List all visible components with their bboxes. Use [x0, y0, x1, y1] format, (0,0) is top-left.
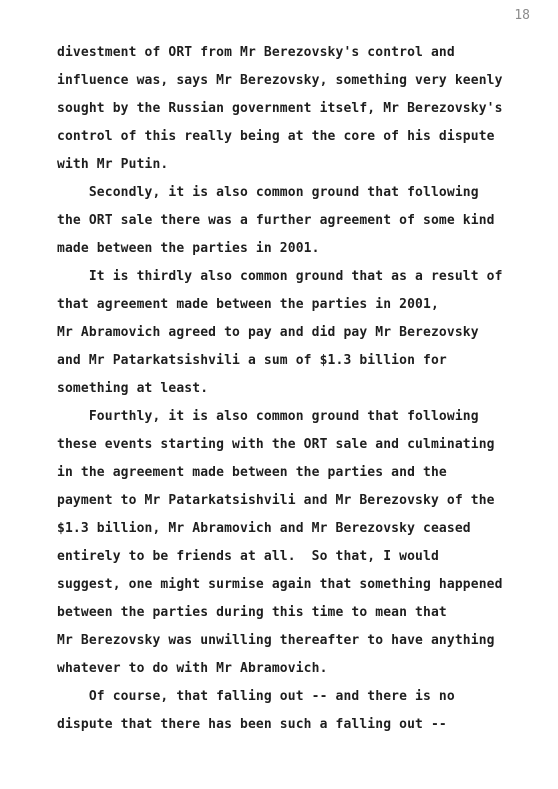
text-line: Mr Berezovsky was unwilling thereafter t… — [57, 627, 527, 655]
transcript-text: divestment of ORT from Mr Berezovsky's c… — [57, 39, 527, 739]
text-line: with Mr Putin. — [57, 151, 527, 179]
text-line: Mr Abramovich agreed to pay and did pay … — [57, 319, 527, 347]
text-line: Secondly, it is also common ground that … — [57, 179, 527, 207]
transcript-page: 18 divestment of ORT from Mr Berezovsky'… — [0, 0, 558, 789]
text-line: suggest, one might surmise again that so… — [57, 571, 527, 599]
text-line: something at least. — [57, 375, 527, 403]
text-line: and Mr Patarkatsishvili a sum of $1.3 bi… — [57, 347, 527, 375]
text-line: It is thirdly also common ground that as… — [57, 263, 527, 291]
text-line: between the parties during this time to … — [57, 599, 527, 627]
text-line: sought by the Russian government itself,… — [57, 95, 527, 123]
text-line: payment to Mr Patarkatsishvili and Mr Be… — [57, 487, 527, 515]
text-line: divestment of ORT from Mr Berezovsky's c… — [57, 39, 527, 67]
text-line: whatever to do with Mr Abramovich. — [57, 655, 527, 683]
text-line: these events starting with the ORT sale … — [57, 431, 527, 459]
text-line: dispute that there has been such a falli… — [57, 711, 527, 739]
text-line: made between the parties in 2001. — [57, 235, 527, 263]
page-number: 18 — [514, 9, 530, 23]
text-line: in the agreement made between the partie… — [57, 459, 527, 487]
text-line: the ORT sale there was a further agreeme… — [57, 207, 527, 235]
text-line: influence was, says Mr Berezovsky, somet… — [57, 67, 527, 95]
text-line: control of this really being at the core… — [57, 123, 527, 151]
text-line: that agreement made between the parties … — [57, 291, 527, 319]
text-line: Of course, that falling out -- and there… — [57, 683, 527, 711]
text-line: $1.3 billion, Mr Abramovich and Mr Berez… — [57, 515, 527, 543]
text-line: Fourthly, it is also common ground that … — [57, 403, 527, 431]
text-line: entirely to be friends at all. So that, … — [57, 543, 527, 571]
